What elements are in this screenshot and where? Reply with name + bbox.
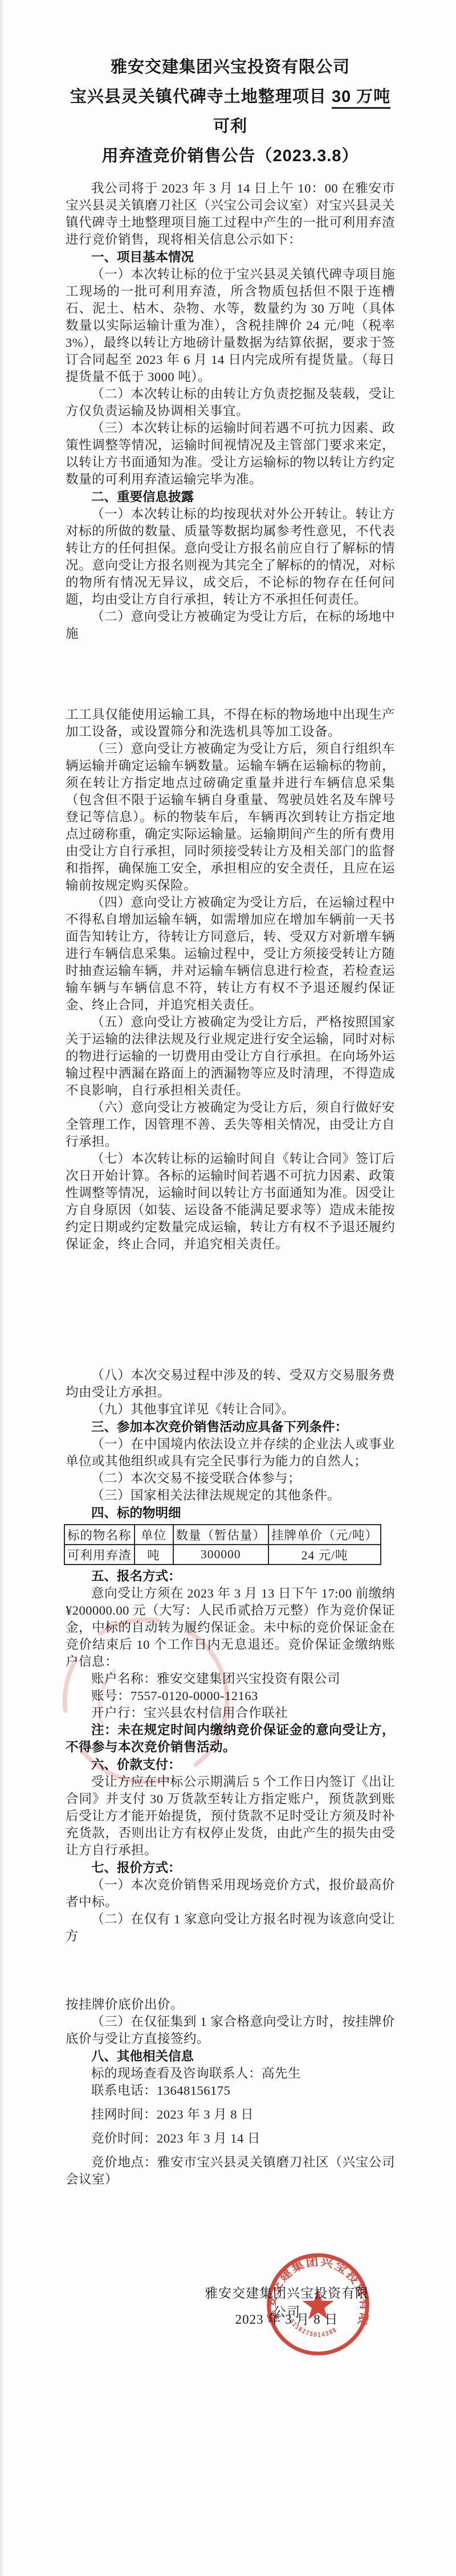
section-heading-3: 三、参加本次竞价销售活动应具备下列条件： (66, 1418, 395, 1436)
title-line-1: 雅安交建集团兴宝投资有限公司 (66, 52, 395, 82)
section-heading-2: 二、重要信息披露 (66, 488, 395, 506)
seal-company-text: 雅安交建集团兴宝投资有限公司 (263, 2250, 371, 2328)
paragraph: （一）在中国境内依法设立并存续的企业法人或事业单位或其他组织或具有完全民事行为能… (66, 1436, 395, 1470)
section-heading-7: 七、报价方式： (66, 1859, 395, 1877)
title-line-2-pre: 宝兴县灵关镇代碑寺土地整理项目 (70, 88, 332, 106)
paragraph: （五）意向受让方被确定为受让方后，严格按照国家关于运输的法律法规及行业规定进行安… (66, 1014, 395, 1099)
section-heading-1: 一、项目基本情况 (66, 248, 395, 266)
paragraph: （二）在仅有 1 家意向受让方报名时视为该意向受让方 (66, 1911, 395, 1945)
page-4: 按挂牌价底价出价。 （三）在仅征集到 1 家合格意向受让方时，按挂牌价底价与受让… (66, 1996, 395, 2188)
contact-phone-line: 联系电话：13648156175 (66, 2082, 395, 2099)
scanned-document: 雅安交建集团兴宝投资有限公司 宝兴县灵关镇代碑寺土地整理项目 30 万吨可利 用… (0, 0, 456, 2576)
subject-matter-table: 标的物名称 单位 数量（暂估量） 挂牌单价（元/吨） 可利用弃渣 吨 30000… (64, 1524, 381, 1565)
paragraph: （八）本次交易过程中涉及的转、受双方交易服务费均由受让方承担。 (66, 1367, 395, 1401)
seal-star-icon (303, 2290, 334, 2319)
cell-name: 可利用弃渣 (64, 1545, 135, 1565)
bidding-date-line: 竞价时间：2023 年 3 月 14 日 (66, 2130, 395, 2147)
paragraph: （二）本次交易不接受联合体参与； (66, 1470, 395, 1487)
section-heading-4: 四、标的物明细 (66, 1504, 395, 1522)
page-2: 工工具仅能使用运输工具，不得在标的物场地中出现生产加工设备，或设置筛分和洗选机具… (66, 706, 395, 1253)
svg-text:雅安交建集团兴宝投资有限公司: 雅安交建集团兴宝投资有限公司 (263, 2250, 371, 2328)
title-line-2: 宝兴县灵关镇代碑寺土地整理项目 30 万吨可利 (66, 82, 395, 141)
paragraph: （六）意向受让方被确定为受让方后，须自行做好安全管理工作，因管理不善、丢失等相关… (66, 1099, 395, 1150)
doc-title: 雅安交建集团兴宝投资有限公司 宝兴县灵关镇代碑寺土地整理项目 30 万吨可利 用… (66, 52, 395, 171)
paragraph: （一）本次转让标的均按现状对外公开转让。转让方对标的所做的数量、质量等数据均属参… (66, 506, 395, 608)
table-row: 可利用弃渣 吨 300000 24 元/吨 (64, 1545, 381, 1565)
col-header-quantity: 数量（暂估量） (173, 1525, 269, 1545)
official-red-seal: 雅安交建集团兴宝投资有限公司 5118275014388 (263, 2250, 373, 2359)
paragraph: （三）在仅征集到 1 家合格意向受让方时，按挂牌价底价与受让方直接签约。 (66, 2013, 395, 2047)
paragraph: （一）本次转让标的位于宝兴县灵关镇代碑寺项目施工现场的一批可利用弃渣，所含物质包… (66, 266, 395, 386)
section-heading-8: 八、其他相关信息 (66, 2047, 395, 2065)
table-header-row: 标的物名称 单位 数量（暂估量） 挂牌单价（元/吨） (64, 1525, 381, 1545)
cell-unit: 吨 (135, 1545, 173, 1565)
cell-price: 24 元/吨 (268, 1545, 381, 1565)
title-line-3: 用弃渣竞价销售公告（2023.3.8） (66, 141, 395, 171)
paragraph-continuation: 工工具仅能使用运输工具，不得在标的物场地中出现生产加工设备，或设置筛分和洗选机具… (66, 706, 395, 740)
paragraph: （二）本次转让标的由转让方负责挖掘及装载，受让方仅负责运输及协调相关事宜。 (66, 386, 395, 420)
paragraph-intro: 我公司将于 2023 年 3 月 14 日上午 10：00 在雅安市宝兴县灵关镇… (66, 180, 395, 248)
svg-text:5118275014388: 5118275014388 (288, 2318, 339, 2339)
listing-date-line: 挂网时间：2023 年 3 月 8 日 (66, 2106, 395, 2123)
paragraph: （一）本次竞价销售采用现场竞价方式，报价最高价者中标。 (66, 1877, 395, 1911)
paragraph: （三）本次转让标的运输时间若遇不可抗力因素、政策性调整等情况，运输时间视情况及主… (66, 420, 395, 488)
scan-edge-shadow (0, 0, 3, 2576)
paragraph: （四）意向受让方被确定为受让方后，在运输过程中不得私自增加运输车辆，如需增加应在… (66, 894, 395, 1014)
title-quantity-underlined: 30 万吨 (332, 88, 390, 109)
contact-person-line: 标的现场查看及咨询联系人：高先生 (66, 2065, 395, 2082)
paragraph: （三）意向受让方被确定为受让方后，须自行组织车辆运输并确定运输车辆数量。运输车辆… (66, 740, 395, 894)
paragraph: （二）意向受让方被确定为受让方后，在标的场地中施 (66, 608, 395, 642)
section-heading-5: 五、报名方式： (66, 1567, 395, 1585)
page-1: 雅安交建集团兴宝投资有限公司 宝兴县灵关镇代碑寺土地整理项目 30 万吨可利 用… (66, 52, 395, 642)
paragraph: （九）其他事宜详见《转让合同》。 (66, 1401, 395, 1418)
seal-number-text: 5118275014388 (288, 2318, 339, 2339)
paragraph-continuation: 按挂牌价底价出价。 (66, 1996, 395, 2013)
cell-quantity: 300000 (173, 1545, 269, 1565)
col-header-unit: 单位 (135, 1525, 173, 1545)
faint-red-stamp (46, 1601, 246, 1800)
paragraph: （七）本次转让标的运输时间自《转让合同》签订后次日开始计算。各标的运输时间若遇不… (66, 1150, 395, 1253)
paragraph: 受让方应在中标公示期满后 5 个工作日内签订《出让合同》并支付 30 万货款至转… (66, 1774, 395, 1859)
paragraph: （三）国家相关法律法规规定的其他条件。 (66, 1487, 395, 1504)
title-line-2-post: 可利 (213, 117, 247, 136)
col-header-name: 标的物名称 (64, 1525, 135, 1545)
col-header-price: 挂牌单价（元/吨） (268, 1525, 381, 1545)
bidding-location-line: 竞价地点：雅安市宝兴县灵关镇磨刀社区（兴宝公司会议室） (66, 2154, 395, 2188)
